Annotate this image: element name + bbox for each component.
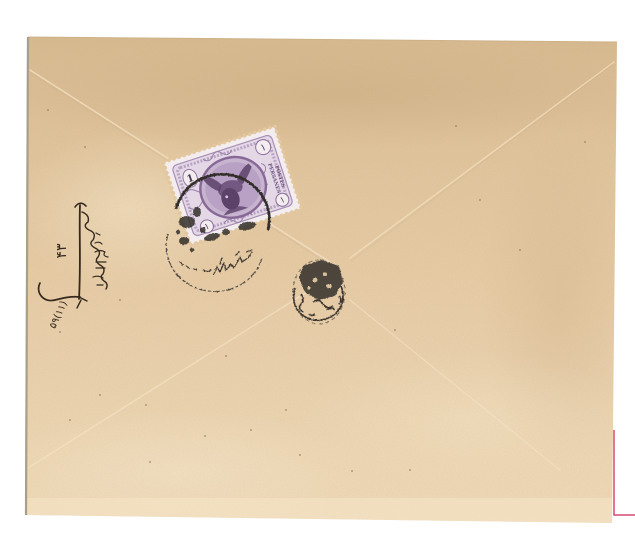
- pink-rule-line: [614, 430, 635, 515]
- handwriting-main-stroke: [79, 205, 80, 299]
- envelope-photo: 1 ۱ ۱ ۱ POSTES PERSANES: [0, 0, 635, 550]
- handwritten-numeral-a: ۴۳: [54, 243, 70, 259]
